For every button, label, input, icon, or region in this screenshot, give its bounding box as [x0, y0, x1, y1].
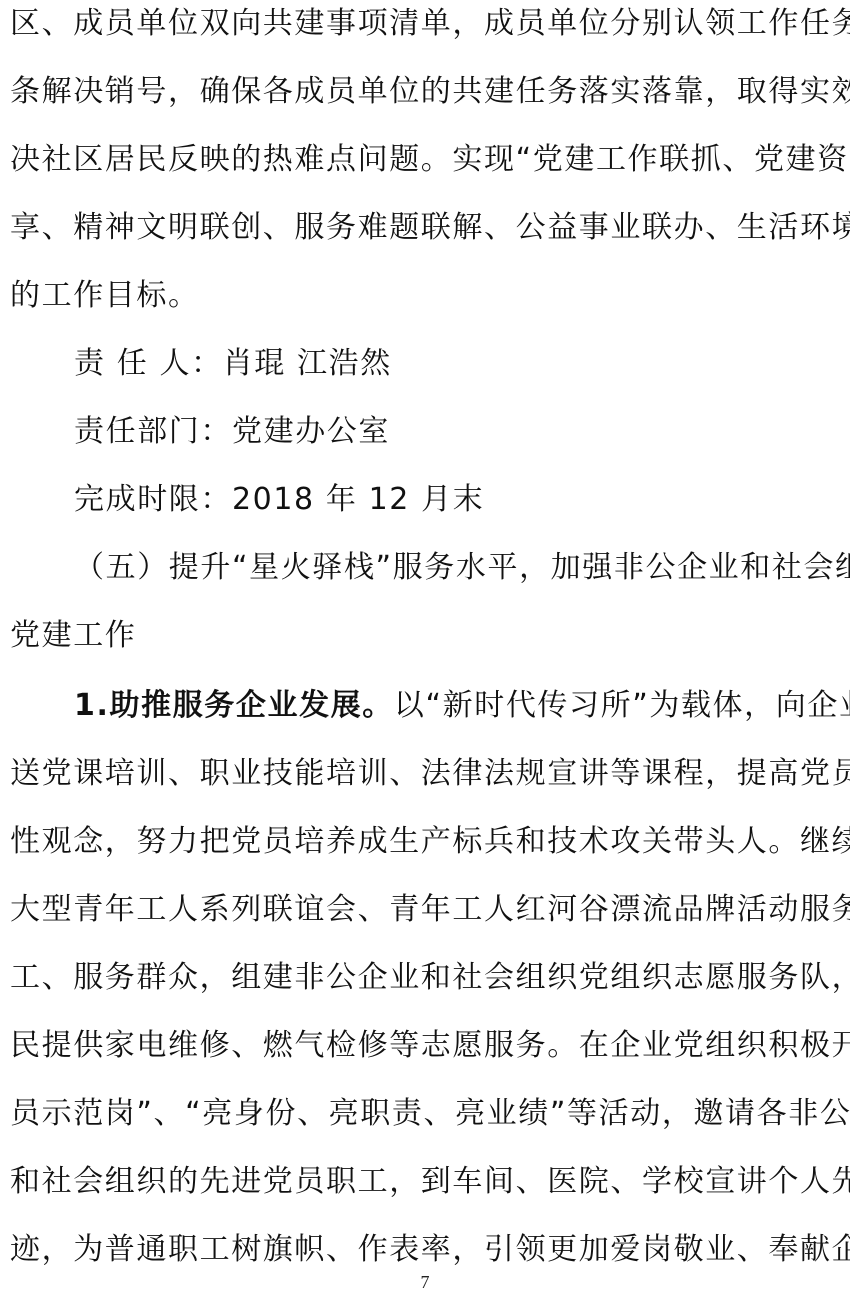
paragraph-line: 迹，为普通职工树旗帜、作表率，引领更加爱岗敬业、奉献企业生 [10, 1230, 842, 1270]
paragraph-line: 性观念，努力把党员培养成生产标兵和技术攻关带头人。继续打造 [10, 822, 842, 862]
paragraph-line: 的工作目标。 [10, 276, 842, 316]
document-page: 区、成员单位双向共建事项清单，成员单位分别认领工作任务，逐 条解决销号，确保各成… [0, 0, 850, 1301]
section-heading: （五）提升“星火驿栈”服务水平，加强非公企业和社会组织 [74, 548, 842, 588]
completion-deadline: 完成时限：2018 年 12 月末 [74, 480, 842, 520]
paragraph-line: 员示范岗”、“亮身份、亮职责、亮业绩”等活动，邀请各非公企业 [10, 1094, 842, 1134]
responsible-person: 责 任 人：肖琨 江浩然 [74, 344, 842, 384]
paragraph-line: 大型青年工人系列联谊会、青年工人红河谷漂流品牌活动服务职 [10, 890, 842, 930]
paragraph-line: 送党课培训、职业技能培训、法律法规宣讲等课程，提高党员的党 [10, 754, 842, 794]
paragraph-line: 和社会组织的先进党员职工，到车间、医院、学校宣讲个人先进事 [10, 1162, 842, 1202]
paragraph-line: 工、服务群众，组建非公企业和社会组织党组织志愿服务队，为居 [10, 958, 842, 998]
item-1-text: 以“新时代传习所”为载体，向企业推 [394, 688, 850, 723]
responsible-department: 责任部门：党建办公室 [74, 412, 842, 452]
paragraph-line: 决社区居民反映的热难点问题。实现“党建工作联抓、党建资源联 [10, 140, 842, 180]
paragraph-line: 民提供家电维修、燃气检修等志愿服务。在企业党组织积极开展“党 [10, 1026, 842, 1066]
section-heading-continuation: 党建工作 [10, 616, 842, 656]
item-1-first-line: 1.助推服务企业发展。以“新时代传习所”为载体，向企业推 [74, 686, 842, 726]
item-1-title: 1.助推服务企业发展。 [74, 688, 394, 723]
paragraph-line: 享、精神文明联创、服务难题联解、公益事业联办、生活环境联建” [10, 208, 842, 248]
paragraph-line: 条解决销号，确保各成员单位的共建任务落实落靠，取得实效，解 [10, 72, 842, 112]
page-number: 7 [0, 1272, 850, 1292]
paragraph-line: 区、成员单位双向共建事项清单，成员单位分别认领工作任务，逐 [10, 4, 842, 44]
